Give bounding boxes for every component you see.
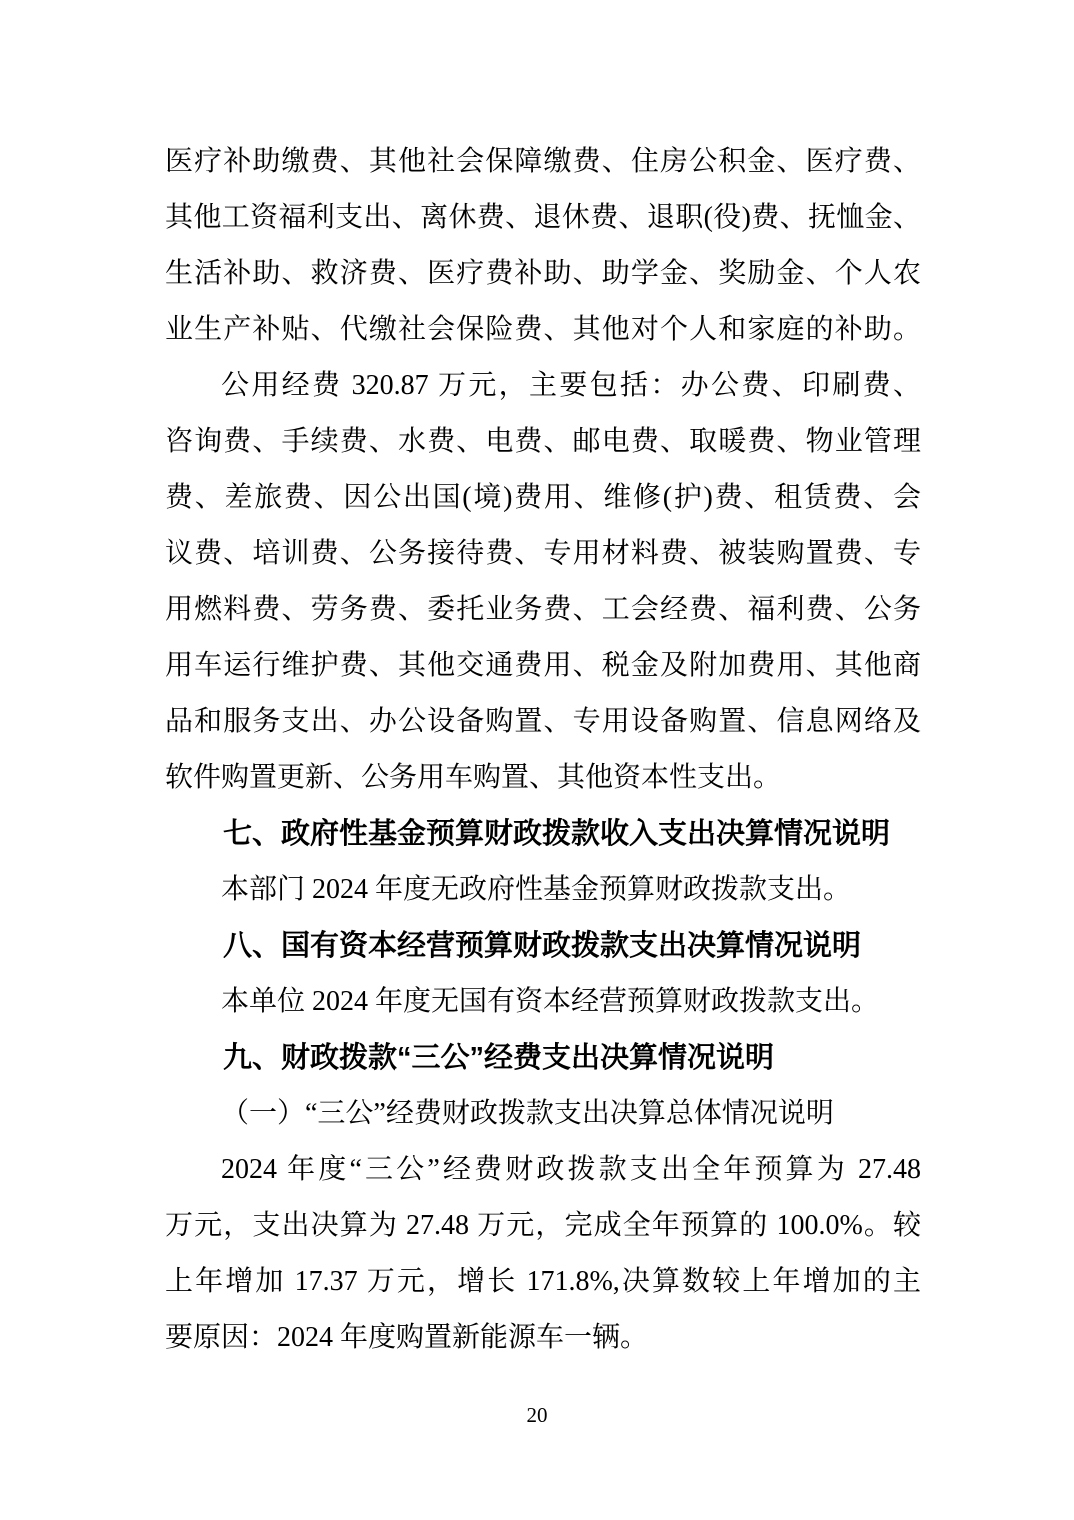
section8-body: 本单位 2024 年度无国有资本经营预算财政拨款支出。 <box>165 974 921 1030</box>
paragraph2-line: 公用经费 320.87 万元，主要包括：办公费、印刷费、 <box>165 358 921 414</box>
section9-subheading: （一）“三公”经费财政拨款支出决算总体情况说明 <box>165 1086 921 1142</box>
paragraph2-line: 议费、培训费、公务接待费、专用材料费、被装购置费、专 <box>165 526 921 582</box>
section9-paragraph-line: 2024 年度“三公”经费财政拨款支出全年预算为 27.48 <box>165 1142 921 1198</box>
paragraph1-line: 生活补助、救济费、医疗费补助、助学金、奖励金、个人农 <box>165 246 921 302</box>
page-number: 20 <box>0 1403 1074 1428</box>
section7-heading: 七、政府性基金预算财政拨款收入支出决算情况说明 <box>165 806 921 862</box>
paragraph2-line: 咨询费、手续费、水费、电费、邮电费、取暖费、物业管理 <box>165 414 921 470</box>
page-content: 医疗补助缴费、其他社会保障缴费、住房公积金、医疗费、 其他工资福利支出、离休费、… <box>165 134 921 1366</box>
section9-paragraph-line: 上年增加 17.37 万元，增长 171.8%,决算数较上年增加的主 <box>165 1254 921 1310</box>
paragraph2-line: 品和服务支出、办公设备购置、专用设备购置、信息网络及 <box>165 694 921 750</box>
section7-body: 本部门 2024 年度无政府性基金预算财政拨款支出。 <box>165 862 921 918</box>
paragraph1-line: 其他工资福利支出、离休费、退休费、退职(役)费、抚恤金、 <box>165 190 921 246</box>
section9-heading: 九、财政拨款“三公”经费支出决算情况说明 <box>165 1030 921 1086</box>
paragraph2-line: 用燃料费、劳务费、委托业务费、工会经费、福利费、公务 <box>165 582 921 638</box>
paragraph2-line: 费、差旅费、因公出国(境)费用、维修(护)费、租赁费、会 <box>165 470 921 526</box>
paragraph2-line: 用车运行维护费、其他交通费用、税金及附加费用、其他商 <box>165 638 921 694</box>
section9-paragraph-line: 要原因：2024 年度购置新能源车一辆。 <box>165 1310 921 1366</box>
section9-paragraph-line: 万元，支出决算为 27.48 万元，完成全年预算的 100.0%。较 <box>165 1198 921 1254</box>
section8-heading: 八、国有资本经营预算财政拨款支出决算情况说明 <box>165 918 921 974</box>
document-page: 医疗补助缴费、其他社会保障缴费、住房公积金、医疗费、 其他工资福利支出、离休费、… <box>0 0 1074 1520</box>
paragraph1-line: 医疗补助缴费、其他社会保障缴费、住房公积金、医疗费、 <box>165 134 921 190</box>
paragraph1-line: 业生产补贴、代缴社会保险费、其他对个人和家庭的补助。 <box>165 302 921 358</box>
paragraph2-line: 软件购置更新、公务用车购置、其他资本性支出。 <box>165 750 921 806</box>
